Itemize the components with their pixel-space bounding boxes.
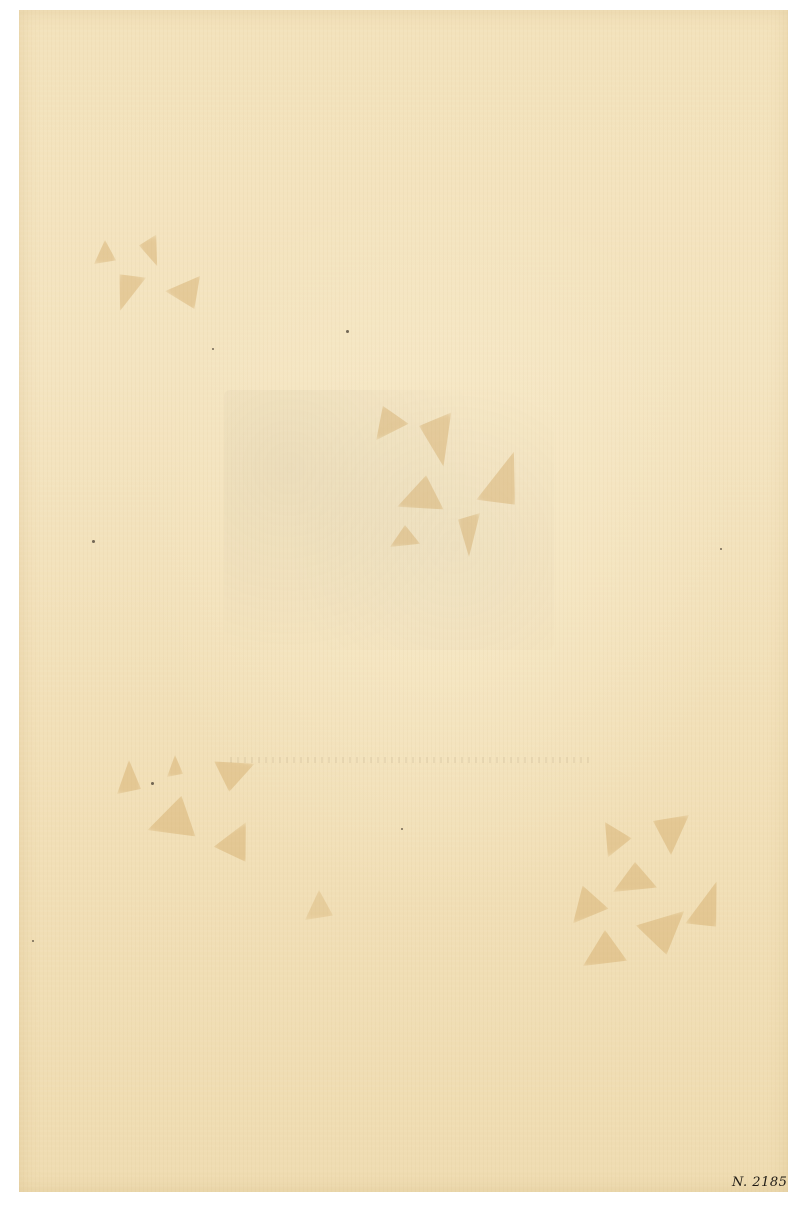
stain-small-spot bbox=[300, 885, 340, 925]
ink-speck bbox=[346, 330, 349, 333]
ink-speck bbox=[151, 782, 154, 785]
ink-speck bbox=[92, 540, 95, 543]
scan-canvas: N. 2185 bbox=[0, 0, 800, 1213]
stain-upper-left bbox=[92, 232, 217, 322]
ink-speck bbox=[212, 348, 214, 350]
ink-speck bbox=[32, 940, 34, 942]
ink-speck bbox=[720, 548, 722, 550]
stain-center bbox=[360, 395, 545, 565]
paper-sheet bbox=[19, 10, 788, 1192]
catalog-number-annotation: N. 2185 bbox=[732, 1175, 787, 1190]
print-show-through-line bbox=[230, 757, 590, 763]
stain-lower-left bbox=[112, 750, 272, 865]
ink-speck bbox=[401, 828, 403, 830]
stain-lower-right bbox=[563, 810, 733, 970]
